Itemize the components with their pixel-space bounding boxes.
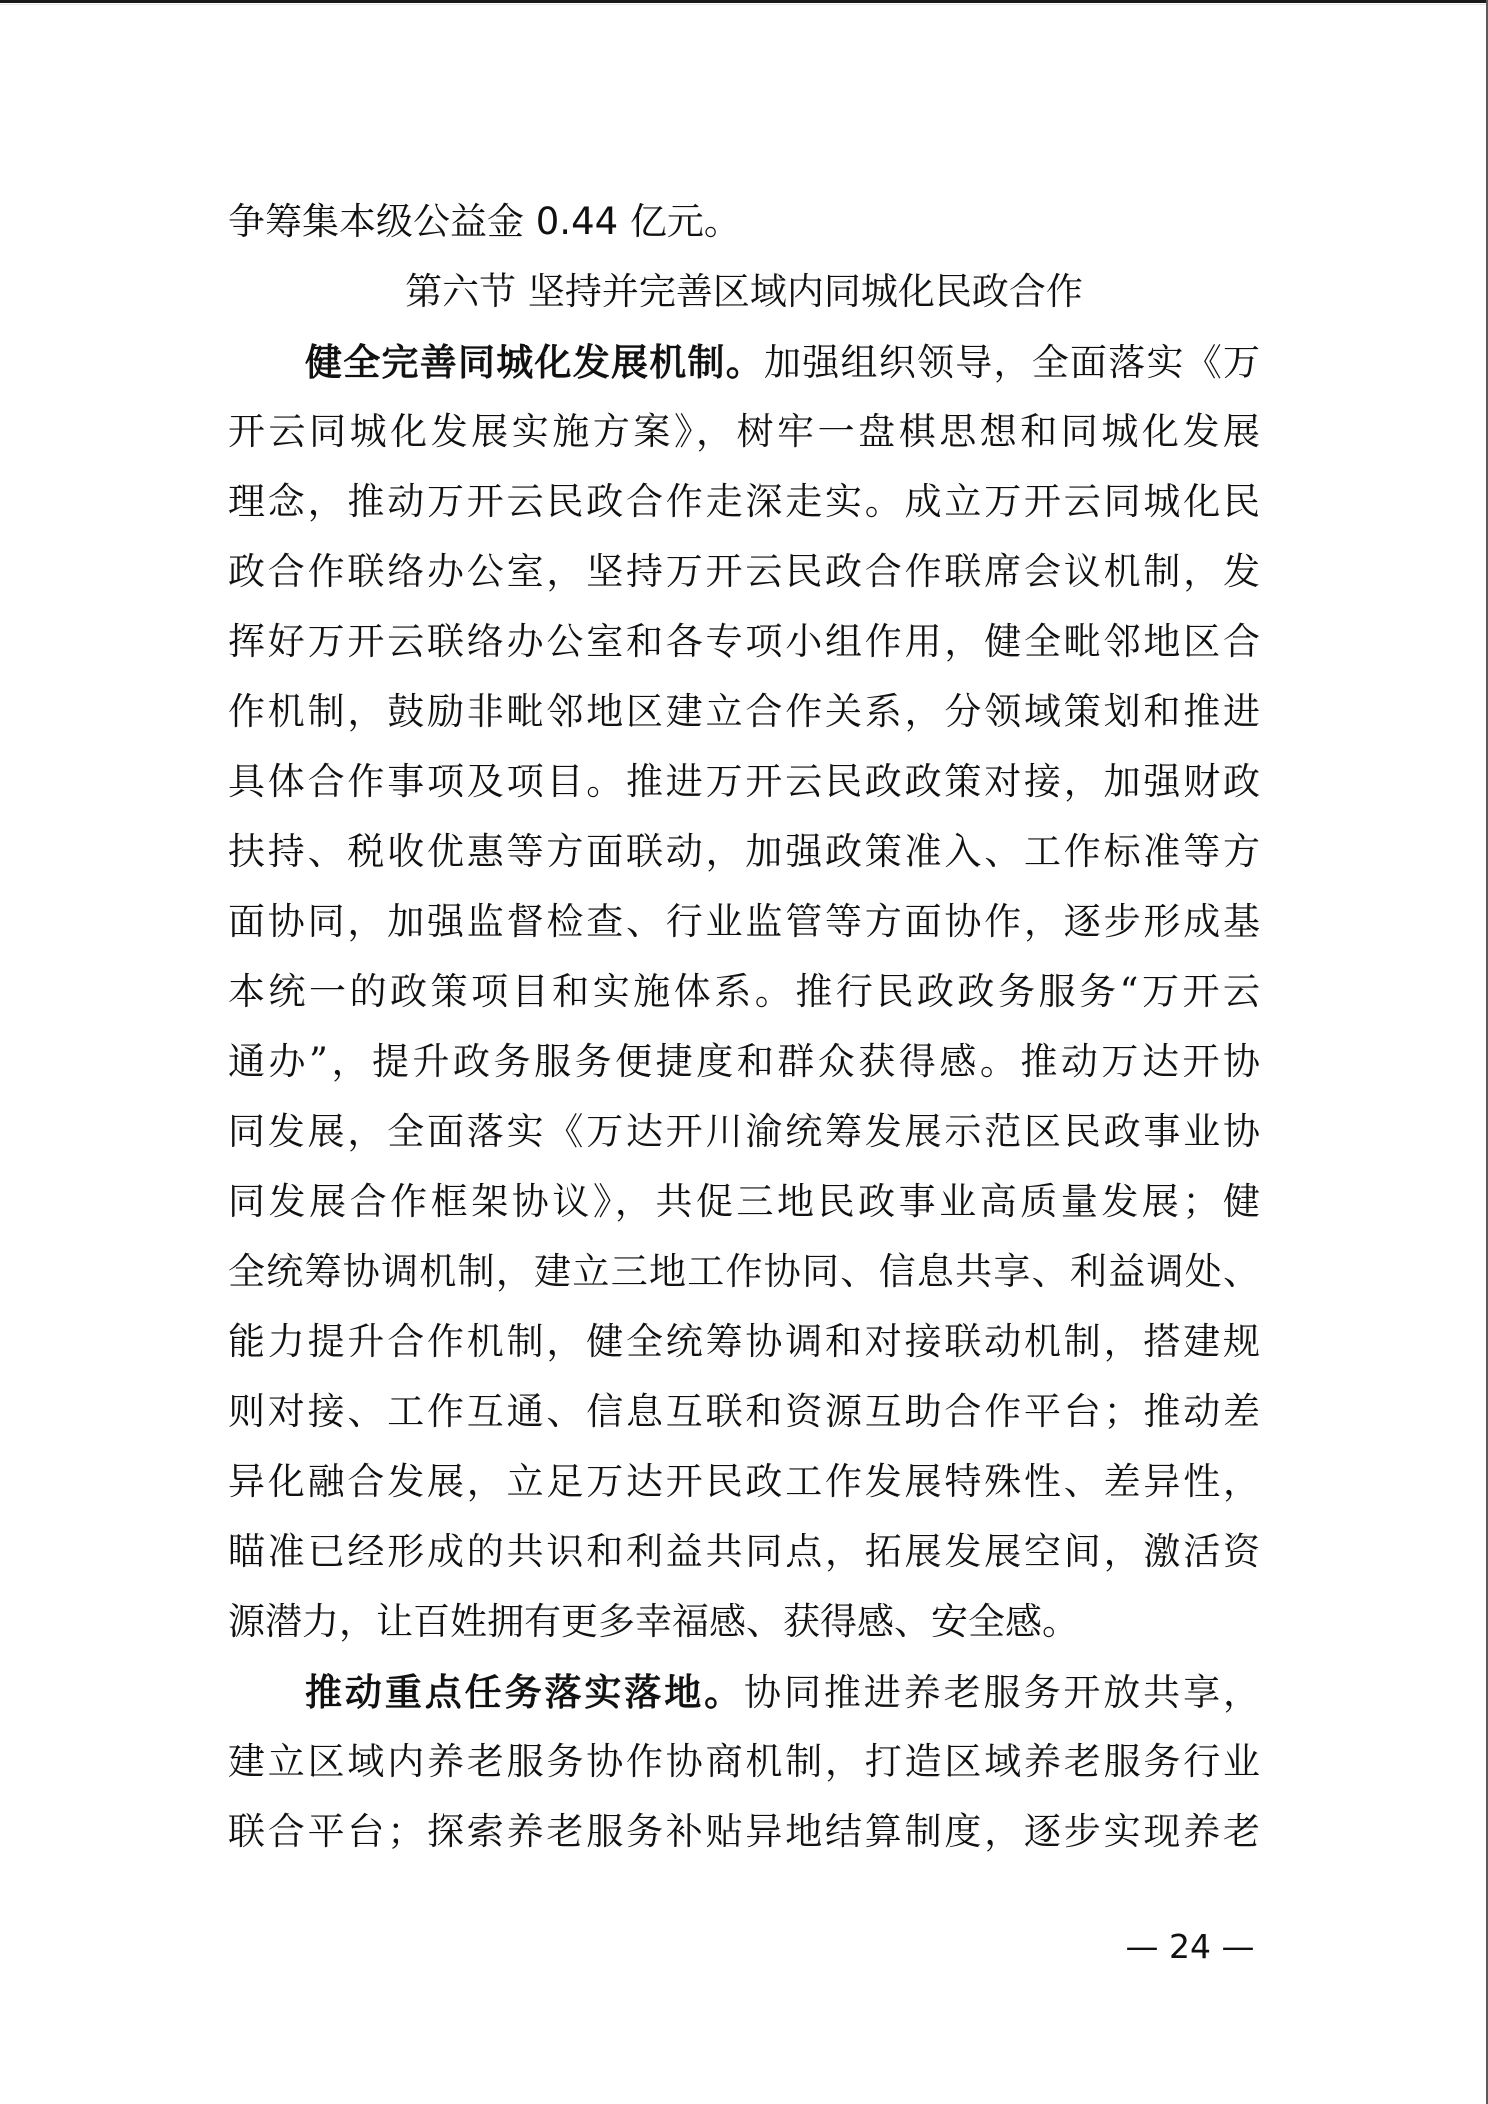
paragraph-line: 瞄准已经形成的共识和利益共同点，拓展发展空间，激活资 — [228, 1530, 1260, 1574]
section-heading: 第六节 坚持并完善区域内同城化民政合作 — [228, 270, 1260, 314]
continuation-line: 争筹集本级公益金 0.44 亿元。 — [228, 200, 1260, 244]
continuation-number: 0.44 — [524, 200, 630, 243]
paragraph-2-text: 协同推进养老服务开放共享， — [744, 1671, 1260, 1714]
paragraph-line: 源潜力，让百姓拥有更多幸福感、获得感、安全感。 — [228, 1600, 1260, 1644]
continuation-text-before: 争筹集本级公益金 — [228, 200, 524, 243]
page-number: — 24 — — [1110, 1925, 1270, 1969]
paragraph-line: 扶持、税收优惠等方面联动，加强政策准入、工作标准等方 — [228, 830, 1260, 874]
paragraph-line: 同发展合作框架协议》，共促三地民政事业高质量发展；健 — [228, 1180, 1260, 1224]
paragraph-line: 通办”，提升政务服务便捷度和群众获得感。推动万达开协 — [228, 1040, 1260, 1084]
document-page: 争筹集本级公益金 0.44 亿元。 第六节 坚持并完善区域内同城化民政合作 健全… — [0, 0, 1488, 2104]
paragraph-line: 开云同城化发展实施方案》，树牢一盘棋思想和同城化发展 — [228, 410, 1260, 454]
paragraph-line: 作机制，鼓励非毗邻地区建立合作关系，分领域策划和推进 — [228, 690, 1260, 734]
paragraph-line: 具体合作事项及项目。推进万开云民政政策对接，加强财政 — [228, 760, 1260, 804]
paragraph-line: 理念，推动万开云民政合作走深走实。成立万开云同城化民 — [228, 480, 1260, 524]
paragraph-line: 联合平台；探索养老服务补贴异地结算制度，逐步实现养老 — [228, 1810, 1260, 1854]
paragraph-line: 能力提升合作机制，健全统筹协调和对接联动机制，搭建规 — [228, 1320, 1260, 1364]
paragraph-line: 同发展，全面落实《万达开川渝统筹发展示范区民政事业协 — [228, 1110, 1260, 1154]
paragraph-1-line-1: 健全完善同城化发展机制。加强组织领导，全面落实《万 — [305, 340, 1260, 384]
paragraph-2-line-1: 推动重点任务落实落地。协同推进养老服务开放共享， — [305, 1670, 1260, 1714]
paragraph-1-lead: 健全完善同城化发展机制。 — [305, 340, 764, 384]
paragraph-line: 全统筹协调机制，建立三地工作协同、信息共享、利益调处、 — [228, 1250, 1260, 1294]
paragraph-line: 本统一的政策项目和实施体系。推行民政政务服务“万开云 — [228, 970, 1260, 1014]
paragraph-1-text: 加强组织领导，全面落实《万 — [764, 341, 1260, 384]
paragraph-line: 挥好万开云联络办公室和各专项小组作用，健全毗邻地区合 — [228, 620, 1260, 664]
paragraph-line: 政合作联络办公室，坚持万开云民政合作联席会议机制，发 — [228, 550, 1260, 594]
paragraph-line: 面协同，加强监督检查、行业监管等方面协作，逐步形成基 — [228, 900, 1260, 944]
paragraph-2-lead: 推动重点任务落实落地。 — [305, 1670, 744, 1714]
paragraph-line: 建立区域内养老服务协作协商机制，打造区域养老服务行业 — [228, 1740, 1260, 1784]
paragraph-line: 异化融合发展，立足万达开民政工作发展特殊性、差异性， — [228, 1460, 1260, 1504]
continuation-text-after: 亿元。 — [630, 200, 741, 243]
paragraph-line: 则对接、工作互通、信息互联和资源互助合作平台；推动差 — [228, 1390, 1260, 1434]
